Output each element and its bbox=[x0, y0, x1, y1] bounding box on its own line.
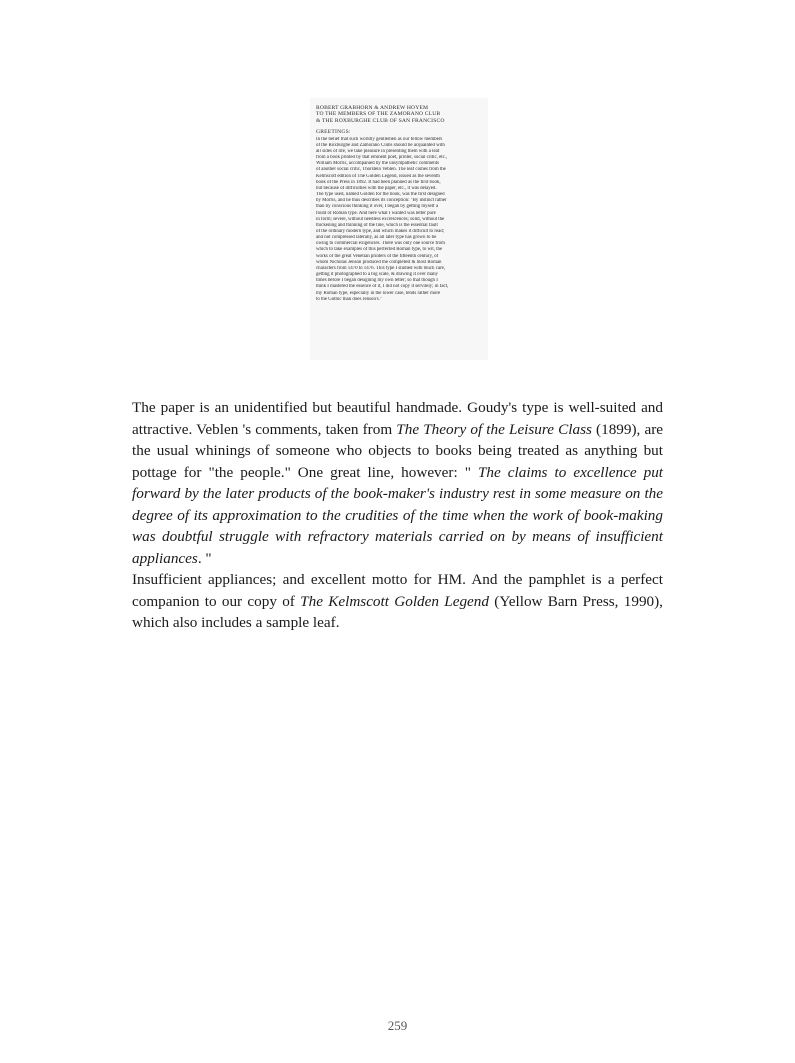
page-number: 259 bbox=[0, 1018, 795, 1034]
paragraph-review: The paper is an unidentified but beautif… bbox=[132, 397, 663, 569]
letter-header-line: & THE ROXBURGHE CLUB OF SAN FRANCISCO bbox=[316, 118, 483, 124]
paragraph-conclusion: Insufficient appliances; and excellent m… bbox=[132, 569, 663, 634]
letter-greeting: GREETINGS: bbox=[316, 129, 483, 135]
book-title-theory-of-leisure-class: The Theory of the Leisure Class bbox=[396, 421, 592, 438]
scanned-letter-image: ROBERT GRABHORN & ANDREW HOYEM TO THE ME… bbox=[310, 98, 488, 360]
text-run: . " bbox=[198, 550, 212, 567]
letter-body: In the belief that such worldly gentleme… bbox=[316, 137, 483, 303]
book-title-kelmscott-golden-legend: The Kelmscott Golden Legend bbox=[300, 593, 489, 610]
letter-header: ROBERT GRABHORN & ANDREW HOYEM TO THE ME… bbox=[316, 105, 483, 124]
body-text: The paper is an unidentified but beautif… bbox=[132, 397, 663, 634]
document-page: ROBERT GRABHORN & ANDREW HOYEM TO THE ME… bbox=[0, 0, 795, 1063]
letter-line: to the Gothic than does Jenson's." bbox=[316, 297, 483, 303]
